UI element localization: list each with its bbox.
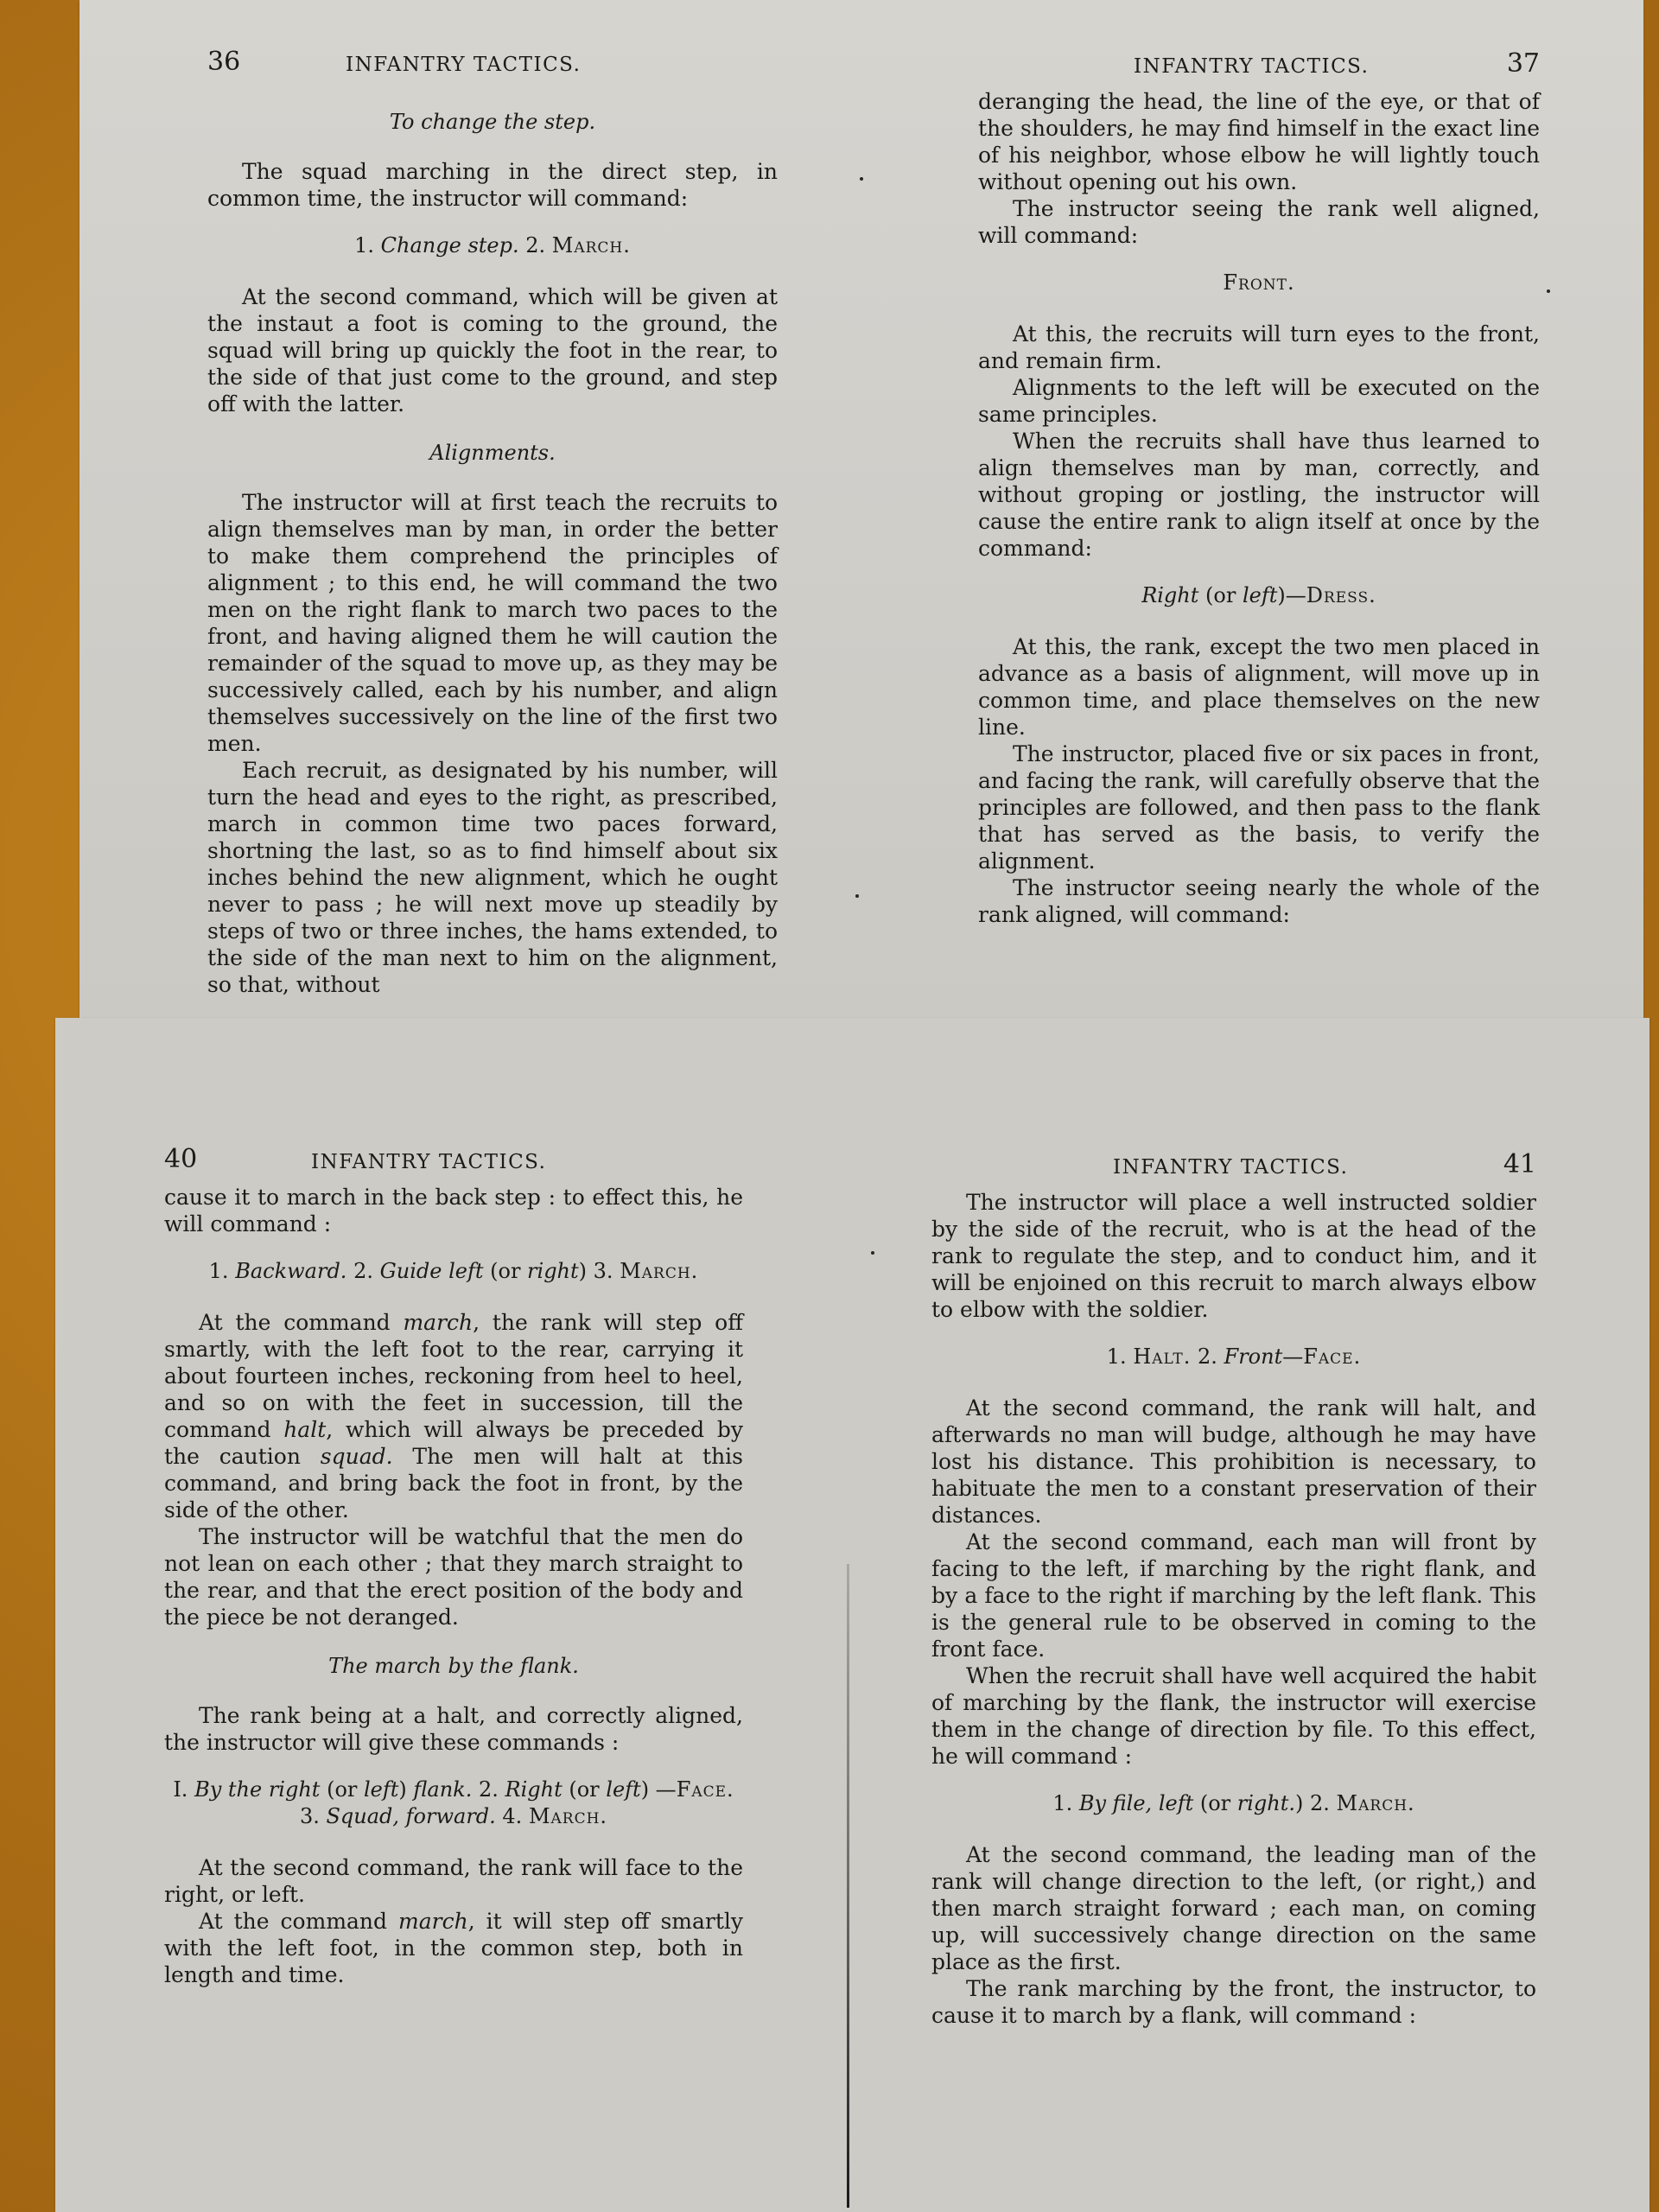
italic-text: Backward. xyxy=(235,1259,346,1283)
ink-speck xyxy=(1547,289,1550,293)
text-run: 1. xyxy=(354,233,381,257)
paragraph: At this, the recruits will turn eyes to … xyxy=(978,321,1540,374)
page-body: cause it to march in the back step : to … xyxy=(164,1184,743,1988)
drill-command: I. By the right (or left) flank. 2. Righ… xyxy=(164,1777,743,1830)
page-body: deranging the head, the line of the eye,… xyxy=(978,88,1540,928)
paragraph: At the second command, which will be giv… xyxy=(207,283,778,417)
running-head: INFANTRY TACTICS. 37 xyxy=(978,54,1540,88)
command-word: Halt. xyxy=(1133,1344,1191,1369)
running-head: INFANTRY TACTICS. 41 xyxy=(931,1154,1536,1189)
text-run: (or xyxy=(1198,583,1243,607)
text-run: ) xyxy=(398,1777,413,1802)
ink-speck xyxy=(871,1251,874,1255)
text-run: ) 3. xyxy=(579,1259,620,1283)
running-head: 40 INFANTRY TACTICS. xyxy=(164,1149,743,1184)
gutter-shadow-line xyxy=(847,1564,849,2208)
italic-text: left xyxy=(606,1777,640,1802)
page-number: 37 xyxy=(1507,50,1540,77)
command-word: Front. xyxy=(1223,270,1294,295)
paragraph: The squad marching in the direct step, i… xyxy=(207,158,778,212)
paragraph: The rank marching by the front, the inst… xyxy=(931,1975,1536,2029)
ink-speck xyxy=(860,177,863,181)
italic-text: Right xyxy=(505,1777,563,1802)
running-head: 36 INFANTRY TACTICS. xyxy=(207,52,778,86)
text-run: ) — xyxy=(641,1777,677,1802)
paragraph: At this, the rank, except the two men pl… xyxy=(978,633,1540,741)
paragraph: At the command march, the rank will step… xyxy=(164,1309,743,1523)
text-run: (or xyxy=(320,1777,364,1802)
paragraph: The instructor seeing nearly the whole o… xyxy=(978,874,1540,928)
paragraph: At the second command, each man will fro… xyxy=(931,1529,1536,1662)
drill-command: 1. By file, left (or right.) 2. March. xyxy=(931,1790,1536,1817)
text-run: 2. xyxy=(519,233,552,257)
drill-command: 1. Halt. 2. Front—Face. xyxy=(931,1344,1536,1370)
text-run: )— xyxy=(1277,583,1306,607)
running-title: INFANTRY TACTICS. xyxy=(346,52,581,79)
paragraph-continued: cause it to march in the back step : to … xyxy=(164,1184,743,1237)
section-heading: Alignments. xyxy=(207,440,778,467)
running-title: INFANTRY TACTICS. xyxy=(1134,54,1369,80)
paragraph: When the recruit shall have well acquire… xyxy=(931,1662,1536,1770)
italic-text: Front xyxy=(1224,1344,1283,1369)
paragraph: Each recruit, as designated by his numbe… xyxy=(207,757,778,998)
command-word: March. xyxy=(620,1259,698,1283)
page-40: 40 INFANTRY TACTICS. cause it to march i… xyxy=(164,1149,743,1988)
command-word: March. xyxy=(552,233,631,257)
italic-text: right. xyxy=(1237,1791,1295,1815)
italic-text: Change step. xyxy=(381,233,519,257)
drill-command: Right (or left)—Dress. xyxy=(978,582,1540,609)
page-37: INFANTRY TACTICS. 37 deranging the head,… xyxy=(978,54,1540,928)
text-run: 4. xyxy=(496,1804,529,1828)
italic-text: left xyxy=(364,1777,398,1802)
text-run: (or xyxy=(563,1777,607,1802)
text-run: 2. xyxy=(346,1259,379,1283)
text-run: ) 2. xyxy=(1295,1791,1337,1815)
italic-text: By the right xyxy=(194,1777,320,1802)
ink-speck xyxy=(855,894,859,898)
paragraph: The rank being at a halt, and correctly … xyxy=(164,1702,743,1756)
paragraph: When the recruits shall have thus learne… xyxy=(978,428,1540,562)
section-heading: To change the step. xyxy=(207,109,778,136)
command-word: Dress. xyxy=(1306,583,1376,607)
text-run: 3. xyxy=(300,1804,327,1828)
paragraph: At the second command, the leading man o… xyxy=(931,1841,1536,1975)
drill-command: Front. xyxy=(978,270,1540,296)
text-run: 1. xyxy=(1052,1791,1079,1815)
paragraph: At the command march, it will step off s… xyxy=(164,1908,743,1988)
running-title: INFANTRY TACTICS. xyxy=(311,1149,546,1176)
running-title: INFANTRY TACTICS. xyxy=(1113,1154,1348,1181)
italic-text: By file, left xyxy=(1079,1791,1193,1815)
paragraph: Alignments to the left will be executed … xyxy=(978,374,1540,428)
text-run: I. xyxy=(173,1777,194,1802)
paragraph: At the second command, the rank will hal… xyxy=(931,1395,1536,1529)
paragraph: The instructor seeing the rank well alig… xyxy=(978,195,1540,249)
drill-command: 1. Change step. 2. March. xyxy=(207,232,778,259)
text-run: 2. xyxy=(472,1777,505,1802)
page-number: 40 xyxy=(164,1146,197,1173)
page-number: 36 xyxy=(207,48,240,75)
text-run: — xyxy=(1282,1344,1303,1369)
italic-text: march xyxy=(403,1310,473,1335)
paragraph: The instructor, placed five or six paces… xyxy=(978,741,1540,874)
command-word: March. xyxy=(1337,1791,1415,1815)
command-word: March. xyxy=(529,1804,607,1828)
italic-text: Guide left xyxy=(380,1259,484,1283)
text-run: At the command xyxy=(199,1909,398,1934)
italic-text: squad. xyxy=(321,1444,393,1469)
text-run: At the command xyxy=(199,1310,403,1335)
text-run: 1. xyxy=(209,1259,236,1283)
drill-command: 1. Backward. 2. Guide left (or right) 3.… xyxy=(164,1258,743,1285)
italic-text: march xyxy=(398,1909,468,1934)
paragraph: The instructor will place a well instruc… xyxy=(931,1189,1536,1323)
italic-text: left xyxy=(1243,583,1277,607)
section-heading: The march by the flank. xyxy=(164,1653,743,1680)
page-body: The instructor will place a well instruc… xyxy=(931,1189,1536,2029)
italic-text: right xyxy=(527,1259,579,1283)
italic-text: Right xyxy=(1141,583,1198,607)
italic-text: Squad, forward. xyxy=(326,1804,495,1828)
text-run: 2. xyxy=(1191,1344,1224,1369)
text-run: (or xyxy=(1193,1791,1237,1815)
paragraph: The instructor will at first teach the r… xyxy=(207,489,778,757)
text-run: (or xyxy=(484,1259,528,1283)
paragraph: The instructor will be watchful that the… xyxy=(164,1523,743,1630)
page-36: 36 INFANTRY TACTICS. To change the step.… xyxy=(207,52,778,998)
command-word: Face. xyxy=(1303,1344,1361,1369)
page-number: 41 xyxy=(1503,1151,1536,1178)
page-41: INFANTRY TACTICS. 41 The instructor will… xyxy=(931,1154,1536,2029)
page-body: To change the step.The squad marching in… xyxy=(207,109,778,998)
paragraph-continued: deranging the head, the line of the eye,… xyxy=(978,88,1540,195)
text-run: 1. xyxy=(1107,1344,1134,1369)
paragraph: At the second command, the rank will fac… xyxy=(164,1854,743,1908)
command-word: Face. xyxy=(677,1777,734,1802)
italic-text: flank. xyxy=(413,1777,472,1802)
italic-text: halt xyxy=(283,1417,326,1442)
